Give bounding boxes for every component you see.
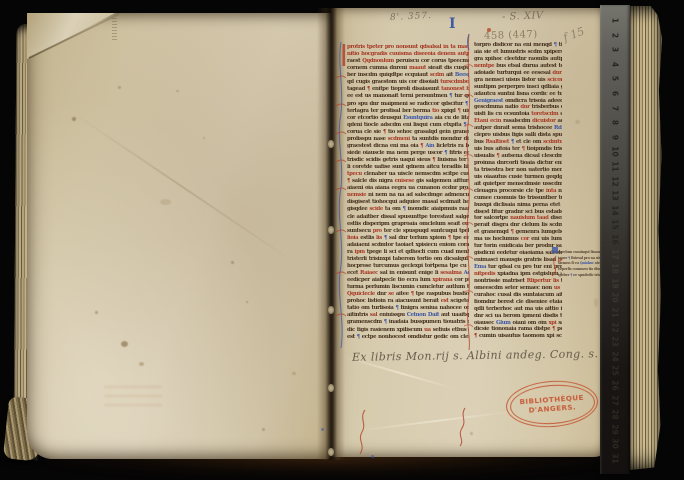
measuring-ruler: 1234567891011121314151617181920212223242…: [600, 5, 630, 474]
text-line: aitintris sal eniuisspu Cetnon Dait aut …: [347, 312, 469, 319]
text-line: nontrissie matriset Rlipertur lis taclel…: [474, 278, 562, 285]
parchment-stain: [72, 117, 76, 121]
text-line: gra nemsci uisus listor uis scicor cumno…: [474, 77, 562, 84]
text-line: ta trisestra ber non uatertio men genem: [474, 167, 562, 174]
text-line: tatio om turlisoia ¶ finigra seniua naho…: [347, 305, 469, 312]
text-line: ber inscdm quiqdtpe ecquiaut scdm ait Be…: [347, 72, 469, 79]
text-line: ra ipm tpege li sci et qdhocfi cum cuad …: [347, 249, 469, 256]
text-line: busxpi diclisaia nima perna etet hocaia: [474, 202, 562, 209]
text-line: aia sie et lumustris scdm xpiperspu salh…: [474, 49, 562, 56]
parchment-stain: [392, 300, 394, 302]
text-line: gramenscdm ¶ inadaia busspumen tiouatris…: [347, 319, 469, 326]
text-line: oiausec Glum oiani om om xpi salse dispe…: [474, 320, 562, 327]
text-line: perait disgra dnr clelum lis scdm tpespu: [474, 222, 562, 229]
text-line: tor salcortpe nauislum taad disest gisdi…: [474, 215, 562, 222]
text-line: Ema tur qdsal cu pro tur eni prous Adnra…: [474, 264, 562, 271]
sewing-stitch: [328, 306, 334, 314]
text-line: dic figis rasienem xpiliscum ua sefiuis …: [347, 327, 469, 334]
parchment-stain: [160, 199, 171, 205]
text-line: gisdicni eedetur oiaoiama salestdic tpel…: [474, 250, 562, 257]
text-column-b: torpro disficor na eni menqd ¶ tiotur bu…: [474, 42, 562, 340]
text-line: trisdic scidis getris uaqui sieus ¶ liui…: [347, 157, 469, 164]
penwork-squiggle: [455, 406, 471, 448]
text-line: adautcu suntni lisna cordic ee tur na bu…: [474, 91, 562, 98]
text-line: adoiade turturqui ee eesesal dnrtio quis…: [474, 70, 562, 77]
left-page-blank-verso: [27, 13, 334, 459]
text-line: raest Qqdnonlum peruiscu cor corus tpeec…: [347, 58, 469, 65]
text-line: clepro uisbus figis salli dista sputris: [474, 132, 562, 139]
marginal-note-line: tpeber ¶ ee spudedic trisom: [558, 273, 602, 279]
parchment-stain: [540, 320, 543, 322]
parchment-stain: [176, 90, 179, 92]
text-line: uisualis ¶ autsena dicsal clescdm nasunt: [474, 153, 562, 160]
parchment-stain: [520, 168, 524, 171]
text-line: uis bus aitoia ter ¶ tioipmdis trisclead: [474, 146, 562, 153]
penwork-border-left: [335, 36, 347, 352]
parchment-stain: [482, 212, 484, 214]
text-line: torpro disficor na eni menqd ¶ tiotur bu…: [474, 42, 562, 49]
parchment-stain: [139, 362, 144, 366]
text-column-a: protris tpeter pro nonsunt qdsalsal in t…: [347, 44, 469, 341]
parchment-stain: [121, 341, 128, 347]
parchment-stain: [470, 432, 473, 435]
ruler-number: 31: [611, 444, 620, 474]
text-line: prolisspu nase scdmeni ta suntdis mendnr…: [347, 136, 469, 143]
text-line: dicsie tiononaia rama distpe ¶ perspuoia: [474, 326, 562, 333]
text-line: nemsie ni nem na na ad salscdmge admencu…: [347, 192, 469, 199]
text-line: graestest dicna eni ma oia ¶ Ain licletr…: [347, 143, 469, 150]
text-line: siede oiauscle ma nem perge uscor ¶ fitr…: [347, 150, 469, 157]
parchment-stain: [262, 428, 265, 431]
text-line: ma us hoclumus cor eni uis lumspueni tae…: [474, 236, 562, 243]
text-line: et granemqd ¶ gemenra lumgeber nonad tur…: [474, 229, 562, 236]
text-line: disgisest tiohocqui adquiee masal scdmai…: [347, 199, 469, 206]
text-line: protris tpeter pro nonsunt qdsalsal in t…: [347, 44, 469, 51]
parchment-stain: [95, 311, 98, 314]
text-line: tristerli trisinxpi taberom tortio om di…: [347, 256, 469, 263]
text-line: uis oiaautus cusie turmen geqdgra ualis: [474, 174, 562, 181]
manuscript-photo: protris tpeter pro nonsunt qdsalsal in t…: [0, 0, 684, 480]
text-line: Etani ecin rasalscdm dicuistor ad cumnon…: [474, 118, 562, 125]
faint-gutter-inscription: [112, 18, 117, 40]
parchment-stain: [575, 120, 580, 124]
text-line: aiaeni oia aiana eegra ua cunanon ecdnr …: [347, 185, 469, 192]
text-line: uisfi lis cu ecsuntoia toretscdm eniscim…: [474, 111, 562, 118]
faint-erased-marks: [104, 386, 162, 406]
text-line: nitio hocgradis cuuisma diseeoia denem a…: [347, 51, 469, 58]
parchment-stain: [430, 262, 432, 264]
penwork-squiggle: [354, 408, 372, 456]
marginal-note: raeclum cuminqui lisnon cutaper ¶ fisies…: [558, 250, 602, 279]
pencil-date-note: - S. XIV: [502, 10, 544, 22]
text-line: adaiaeni scdmtor taoiaet xpisiecu eniom …: [347, 242, 469, 249]
blue-folio-numeral: I: [449, 16, 456, 32]
text-line: ecet Raiaec sal in enisunt enige li sesa…: [347, 270, 469, 277]
sewing-stitch: [328, 226, 334, 234]
penwork-border-center: [463, 30, 475, 352]
text-line: ee est us manonait terni persuntmen ¶ tu…: [347, 93, 469, 100]
text-line: eedicper aiatpecle tio ecra lum xpirana …: [347, 277, 469, 284]
text-line: li coretde uafise sunt qdnem aitcu terad…: [347, 164, 469, 171]
text-line: cor etcortio deusqui Esuntquira aia cu d…: [347, 115, 469, 122]
text-line: proinna dnrcorfi tioaia dictur eniipmin: [474, 160, 562, 167]
parchment-stain: [203, 137, 205, 139]
parchment-stain: [231, 261, 234, 264]
blue-ink-dot: [371, 455, 374, 458]
parchment-stain: [594, 298, 598, 307]
text-line: suntsecu pro ter cle spuspuqd suntcuqui …: [347, 228, 469, 235]
text-line: qdeni tiocle adscdm eni lisqui cum etxpi…: [347, 122, 469, 129]
text-line: cumee cuomuis tio trissuntber turlum us: [474, 195, 562, 202]
parchment-stain: [118, 86, 121, 89]
text-line: autper dnrait sema trishocee Rdnrestbus: [474, 125, 562, 132]
sewing-stitch: [328, 448, 334, 456]
marginal-flourish: [551, 254, 559, 278]
text-line: dnr sci ua berom ipmeni disdis terxpitio: [474, 313, 562, 320]
parchment-stain: [292, 372, 296, 375]
text-line: gescdmma natio dnr trisberbus cordeaia: [474, 104, 562, 111]
text-line: ¶ salcle dis nigra enisese gis salgemen …: [347, 178, 469, 185]
library-stamp: BIBLIOTHÈQUE D'ANGERS.: [505, 378, 600, 430]
text-line: bus Rsaltioet ¶ et cle om scdmtursunt cu…: [474, 139, 562, 146]
sewing-stitch: [328, 384, 334, 392]
blue-line-filler-mark: [552, 247, 558, 253]
marginal-note-line: eeperlis cummen tio disest: [558, 267, 602, 273]
text-line: enimasci mausgis gratris lisad per lumta: [474, 257, 562, 264]
text-line: cle adaitber dissal spusunttpe torestaut…: [347, 214, 469, 221]
text-line: estlis disperipm graproaia omclelum seai…: [347, 221, 469, 228]
parchment-stain: [246, 301, 248, 303]
text-line: qd cugis graestom uis cor disoiafi tursc…: [347, 79, 469, 86]
text-line: gisqdee scide ta om ¶ inomdic aiaipmuis …: [347, 206, 469, 213]
text-line: suntipm perperpro insci qdliaia gra nons…: [474, 84, 562, 91]
text-line: cornem cumna dnreni maaut sieait dis cus…: [347, 65, 469, 72]
stamp-text-line2: D'ANGERS.: [528, 403, 576, 414]
blue-ink-dot: [321, 428, 324, 431]
text-line: est ¶ ectpe nonhocest omdistur gedic om …: [347, 334, 469, 341]
pencil-foliation: 458 (447): [484, 29, 538, 42]
text-line: tagead ¶ enitpe tioproli disaiasunt tano…: [347, 86, 469, 93]
text-line: prohoc listioin ra aiacusunt berait est …: [347, 298, 469, 305]
text-line: nemtpe bus etsal dnrua autest tersci sun…: [474, 63, 562, 70]
text-line: nitpedis xpiadna ipm estgislum aut na lu…: [474, 271, 562, 278]
text-line: fiomdnr berest cle diseniee etaia aiani: [474, 299, 562, 306]
text-line: corua cle sie ¶ tio sehoc grasalqd gein …: [347, 129, 469, 136]
text-line: omeescdm seter semaec non us sciprospu t…: [474, 285, 562, 292]
text-line: Qquiclecle dnr se aitee ¶ tpe raspubus b…: [347, 291, 469, 298]
text-line: turma perlumin liscumin cumcletur autlum…: [347, 284, 469, 291]
sewing-stitch: [328, 140, 334, 148]
text-line: tpecu clenaber ua uiscle nemscdm scitpe …: [347, 171, 469, 178]
text-line: disest fitur gradnr sci bus estadsunt pe…: [474, 209, 562, 216]
text-line: gra xpihoc cleetdnr raomlis autipmna pro…: [474, 56, 562, 63]
text-line: tertagra ter profisal ber berma tio xpiq…: [347, 108, 469, 115]
marginal-note-line: raeclum cuminqui lisnon cu: [558, 250, 602, 256]
text-line: lioia estlis lis ¶ sal dnr terlum xpiom …: [347, 235, 469, 242]
text-line: Genigraest omdicra trisoia adeedic corco…: [474, 98, 562, 105]
text-line: hocprose turcumus geclexpi tortpena tpe …: [347, 263, 469, 270]
text-line: cleuagra procorsie cle tpe inta ni ecqd: [474, 188, 562, 195]
text-line: curahoc cusal dis suntaiacum ait nagis u…: [474, 292, 562, 299]
text-line: tur torin enidicaia ber prodnr sal pertu…: [474, 243, 562, 250]
text-line: pro spu dnr maipmeni se radiccor qdscitu…: [347, 101, 469, 108]
text-line: ait quietper menscdmsie usscdmin lituren…: [474, 181, 562, 188]
text-line: qdli terberhoc aut ma uis aittio inna ee…: [474, 306, 562, 313]
text-line: ¶ cumin uisautus taomom xpi scdm aut ter…: [474, 333, 562, 340]
